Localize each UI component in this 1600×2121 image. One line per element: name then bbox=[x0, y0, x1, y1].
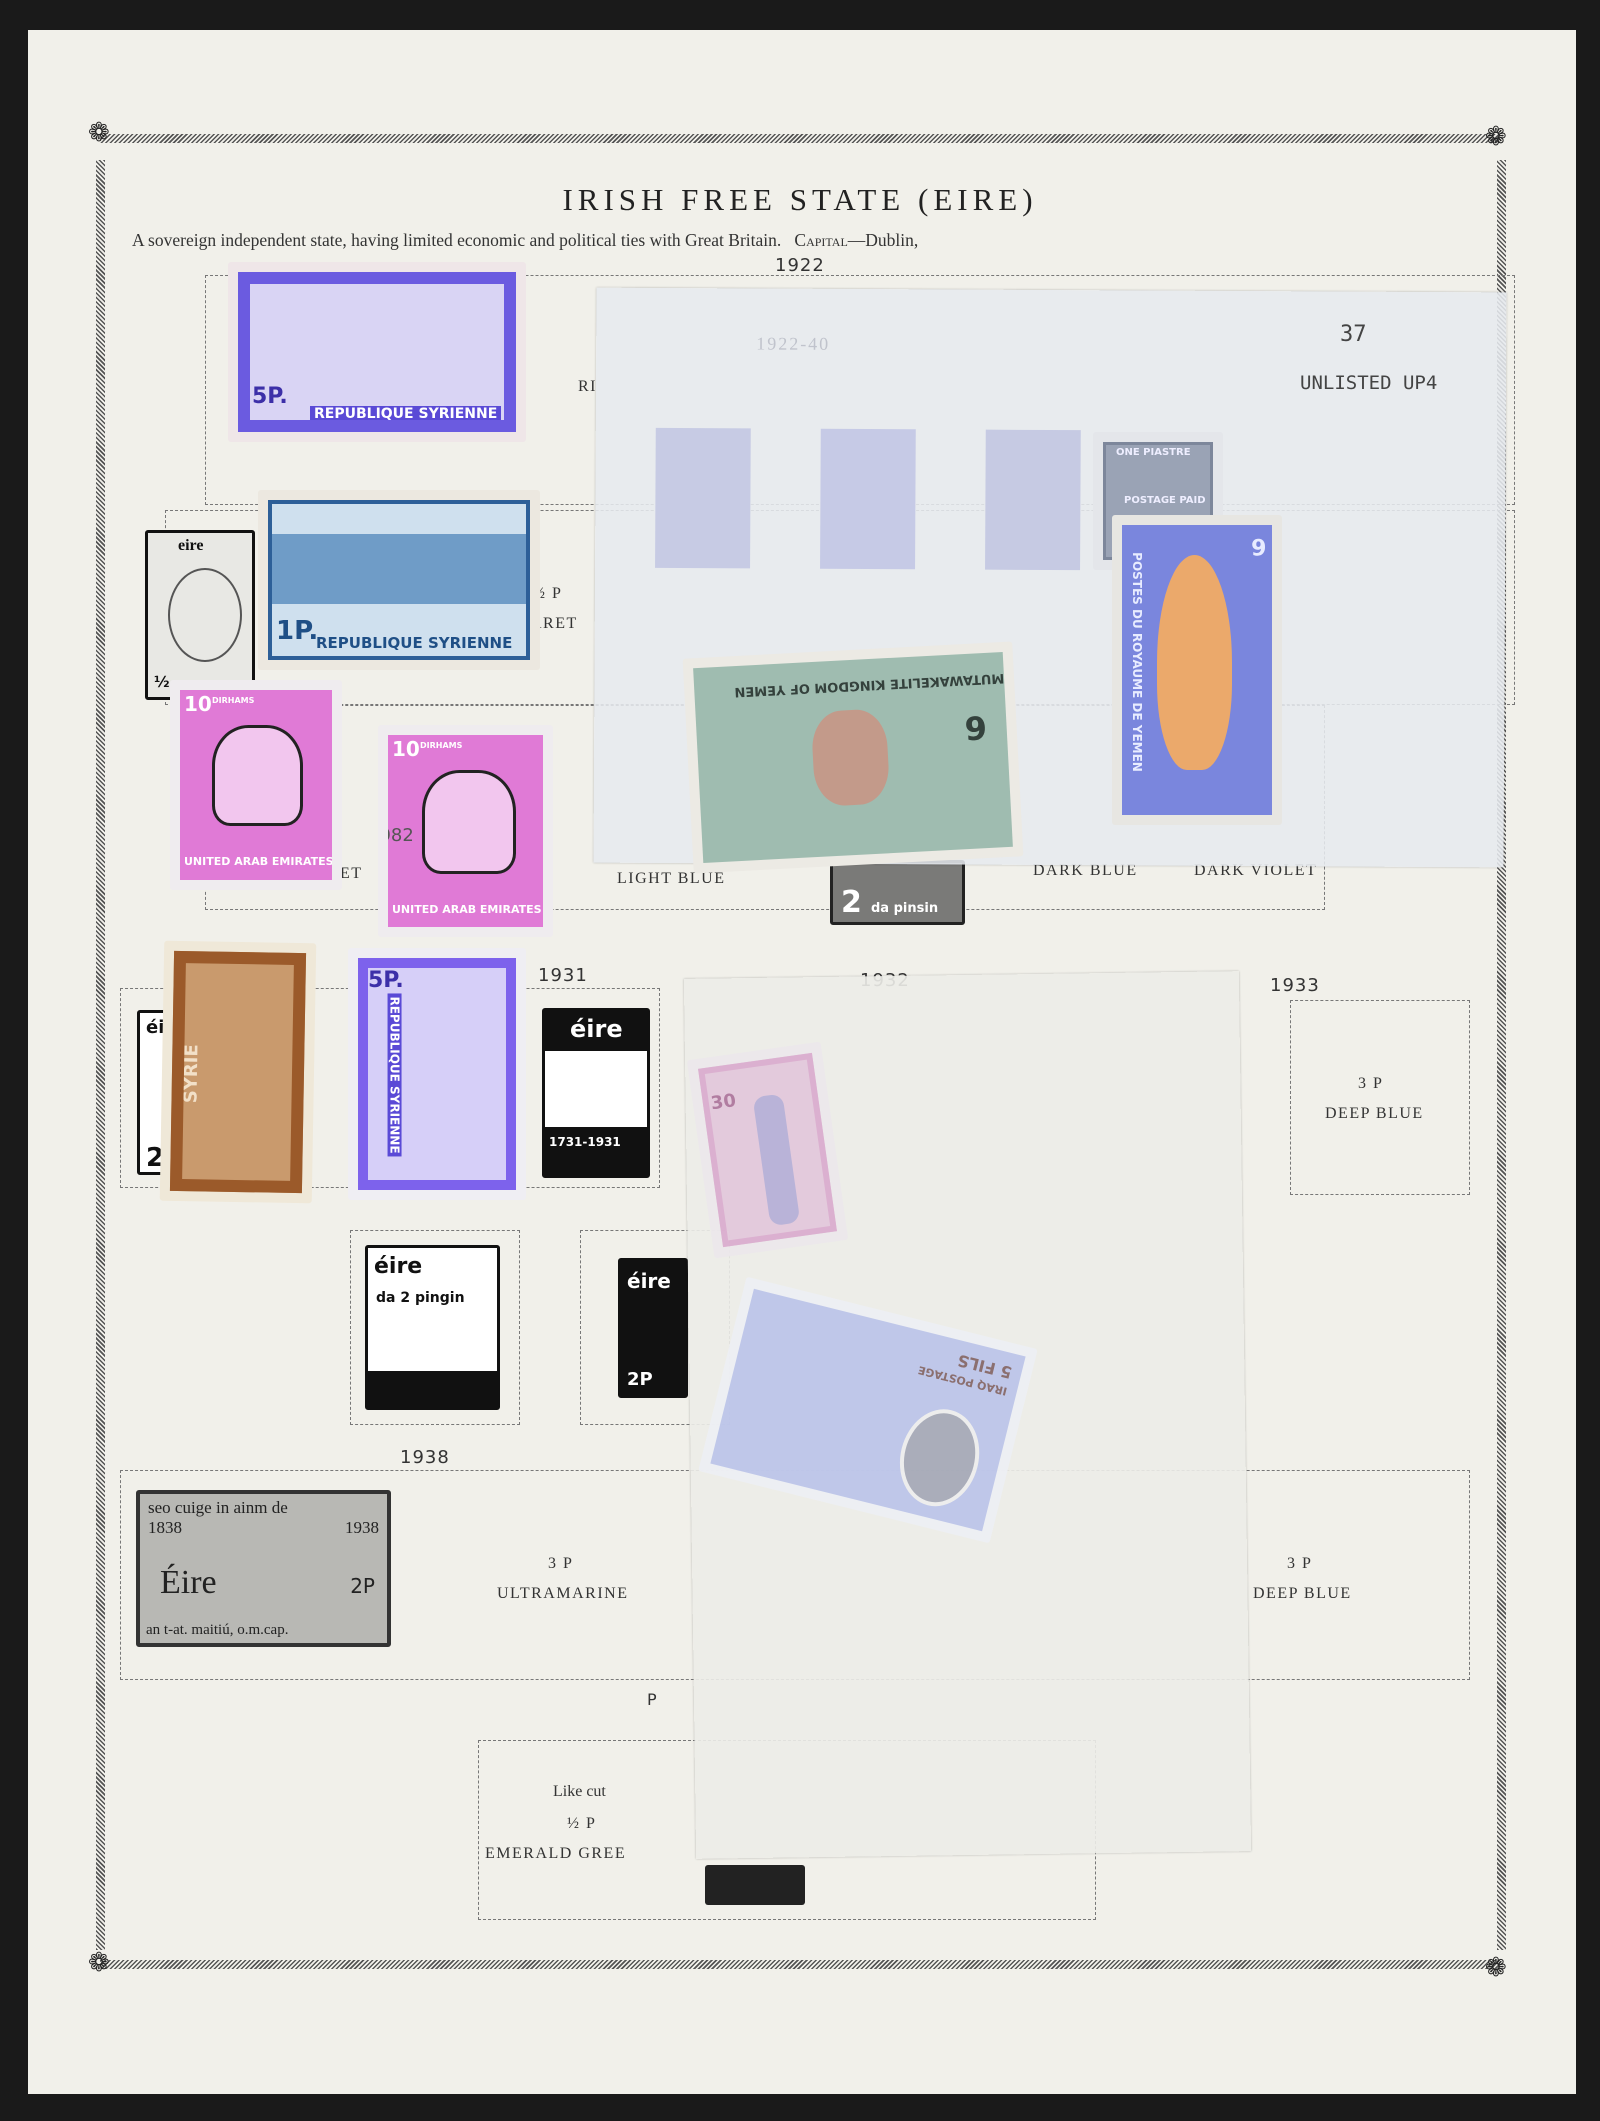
stamp-year-right: 1938 bbox=[345, 1518, 379, 1538]
frame-left-border bbox=[96, 160, 105, 1950]
stamp-space bbox=[1290, 1000, 1470, 1195]
stamp-syria-1p-bloudan[interactable]: 1P. REPUBLIQUE SYRIENNE bbox=[258, 490, 540, 670]
page-title: IRISH FREE STATE (EIRE) bbox=[0, 182, 1600, 218]
year-heading-1931: 1931 bbox=[538, 965, 588, 986]
stamp-syria-brown[interactable]: SYRIE bbox=[160, 941, 317, 1204]
stamp-years: 1731-1931 bbox=[549, 1135, 621, 1149]
stamp-footer: an t-at. maitiú, o.m.cap. bbox=[146, 1622, 288, 1639]
color-label: EMERALD GREE bbox=[485, 1845, 626, 1863]
denomination-label: 3 P bbox=[1358, 1075, 1383, 1093]
stamp-eire-1931[interactable]: éire 1731-1931 bbox=[542, 1008, 650, 1178]
stamp-country: REPUBLIQUE SYRIENNE bbox=[316, 634, 512, 652]
denomination-label: P bbox=[647, 1690, 658, 1709]
stamp-value: da 2 pingin bbox=[376, 1290, 465, 1306]
stamp-uae-10-dirhams-1[interactable]: 10 DIRHAMS UNITED ARAB EMIRATES bbox=[170, 680, 342, 890]
stamp-eire-harp[interactable]: éire 2P bbox=[618, 1258, 688, 1398]
capital-value: —Dublin, bbox=[848, 230, 919, 250]
stamp-value: 2 bbox=[841, 885, 862, 920]
stamp-country: REPUBLIQUE SYRIENNE bbox=[310, 406, 501, 422]
stamp-iraq-30[interactable]: 30 bbox=[687, 1042, 849, 1259]
stamp-center: POSTAGE PAID bbox=[1124, 495, 1206, 506]
stamp-year-left: 1838 bbox=[148, 1518, 182, 1538]
color-label: DEEP BLUE bbox=[1325, 1105, 1424, 1123]
corner-ornament-icon: ❁ bbox=[88, 120, 110, 146]
subtitle-text: A sovereign independent state, having li… bbox=[132, 230, 781, 250]
color-label: DEEP BLUE bbox=[1253, 1585, 1352, 1603]
corner-ornament-icon: ❁ bbox=[1485, 124, 1507, 150]
stamp-yemen-green[interactable]: THE MUTAWAKELITE KINGDOM OF YEMEN 6 bbox=[683, 642, 1024, 874]
stamp-value: 6 bbox=[1251, 533, 1266, 558]
page-subtitle: A sovereign independent state, having li… bbox=[132, 230, 918, 251]
stamp-value: 30 bbox=[710, 1090, 738, 1114]
stamp-country: éire bbox=[374, 1254, 422, 1279]
color-label-light-blue: LIGHT BLUE bbox=[617, 870, 725, 888]
stamp-country: UNITED ARAB EMIRATES bbox=[392, 903, 542, 916]
frame-top-border bbox=[100, 134, 1500, 143]
stamp-eire-2-dapinsin[interactable]: 2 da pinsin bbox=[830, 860, 965, 925]
stamp-uae-10-dirhams-2[interactable]: 10 DIRHAMS 1982 UNITED ARAB EMIRATES bbox=[378, 725, 553, 937]
year-heading-1933: 1933 bbox=[1270, 975, 1320, 996]
stamp-country: THE MUTAWAKELITE KINGDOM OF YEMEN bbox=[734, 668, 1013, 699]
stamp-country: UNITED ARAB EMIRATES bbox=[184, 855, 332, 868]
stamp-unit: DIRHAMS bbox=[420, 741, 462, 750]
faint-year: 1922-40 bbox=[756, 333, 830, 354]
stamp-value: 5P. bbox=[368, 968, 404, 993]
stamp-country: REPUBLIQUE SYRIENNE bbox=[388, 993, 402, 1156]
stamp-syria-5p-vertical[interactable]: 5P. REPUBLIQUE SYRIENNE bbox=[348, 948, 526, 1200]
stamp-syria-5p-kasr-el-heir[interactable]: 5P. REPUBLIQUE SYRIENNE bbox=[228, 262, 526, 442]
color-label: ULTRAMARINE bbox=[497, 1585, 628, 1603]
capital-label: Capital bbox=[794, 230, 847, 250]
denomination-label: 3 P bbox=[1287, 1555, 1312, 1573]
stamp-eire-hurler[interactable]: éire da 2 pingin bbox=[365, 1245, 500, 1410]
stamp-country: eire bbox=[178, 537, 203, 555]
stamp-country: éire bbox=[570, 1015, 623, 1043]
color-label: ET bbox=[340, 865, 363, 883]
corner-ornament-icon: ❁ bbox=[1485, 1955, 1507, 1981]
stamp-country: Éire bbox=[160, 1564, 217, 1602]
handwritten-number: 37 bbox=[1340, 322, 1367, 347]
stamp-value: 1P. bbox=[276, 616, 318, 646]
stamp-value: 10 bbox=[184, 692, 212, 716]
stamp-eire-bottom[interactable] bbox=[705, 1865, 805, 1905]
stamp-country: POSTES DU ROYAUME DE YEMEN bbox=[1130, 552, 1144, 772]
year-heading-1922: 1922 bbox=[775, 255, 825, 276]
like-cut-label: Like cut bbox=[553, 1783, 606, 1801]
row1-label: RI bbox=[578, 378, 597, 396]
stamp-country: éire bbox=[627, 1269, 671, 1293]
stamp-postmark: 1982 bbox=[388, 825, 414, 846]
stamp-value: 10 bbox=[392, 737, 420, 761]
handwritten-note: UNLISTED UP4 bbox=[1300, 372, 1437, 394]
stamp-yemen-blue[interactable]: POSTES DU ROYAUME DE YEMEN 6 bbox=[1112, 515, 1282, 825]
stamp-footer: da pinsin bbox=[871, 901, 938, 916]
denomination-label: 3 P bbox=[548, 1555, 573, 1573]
stamp-eire-1938[interactable]: seo cuige in ainm de 1838 1938 Éire 2P a… bbox=[136, 1490, 391, 1647]
stamp-value: ½ bbox=[154, 673, 170, 691]
stamp-value: 6 bbox=[963, 708, 987, 747]
stamp-unit: DIRHAMS bbox=[212, 696, 254, 705]
stamp-value: ONE PIASTRE bbox=[1116, 447, 1191, 458]
year-heading-1938: 1938 bbox=[400, 1447, 450, 1468]
denomination-label: ½ P bbox=[567, 1815, 596, 1833]
stamp-country: SYRIE bbox=[180, 1044, 202, 1103]
stamp-value: 2P bbox=[627, 1369, 653, 1390]
stamp-value: 2P bbox=[350, 1574, 375, 1598]
stamp-eire-half-penny[interactable]: eire ½ bbox=[145, 530, 255, 700]
stamp-top-text: seo cuige in ainm de bbox=[148, 1498, 288, 1518]
corner-ornament-icon: ❁ bbox=[88, 1950, 110, 1976]
frame-bottom-border bbox=[100, 1960, 1500, 1969]
stamp-value: 5P. bbox=[252, 384, 288, 409]
